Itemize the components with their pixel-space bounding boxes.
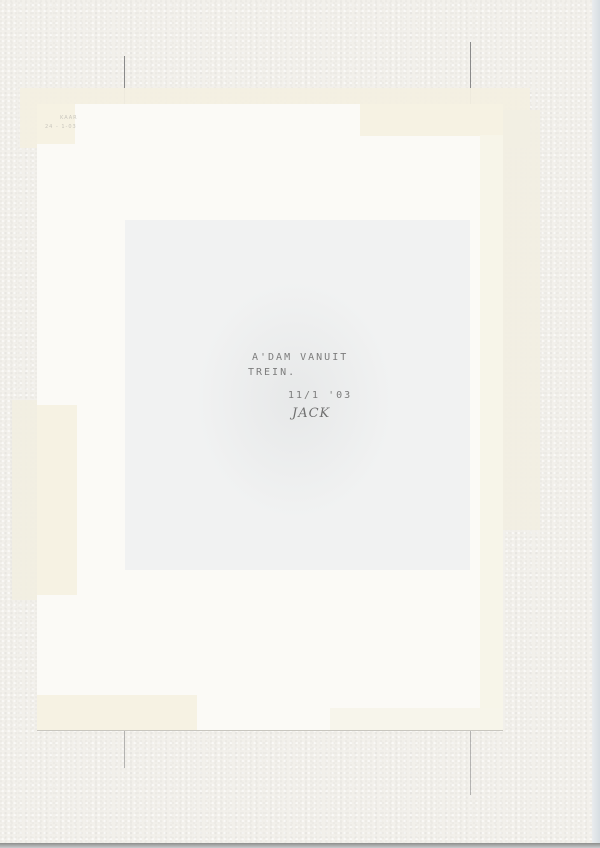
crop-mark-bottom-left (124, 730, 125, 768)
scanner-edge-right (592, 0, 600, 848)
tape-right-side (480, 135, 503, 730)
tape-strip-right (500, 110, 540, 530)
inscription-line2: TREIN. (248, 367, 296, 378)
tape-left-side (37, 405, 77, 595)
crop-mark-bottom-right (470, 727, 471, 795)
mount-label-line1: KAAR (60, 115, 78, 121)
mount-label-line2: 24 - 1-03 (45, 124, 77, 130)
tape-bottom-left (37, 695, 197, 730)
artist-signature: JACK (292, 406, 330, 421)
tape-top-right (360, 104, 503, 136)
inscription-date: 11/1 '03 (288, 390, 352, 401)
tape-bottom-right (330, 708, 503, 730)
scanner-edge-bottom (0, 843, 600, 848)
inscription-line1: A'DAM VANUIT (252, 352, 348, 363)
